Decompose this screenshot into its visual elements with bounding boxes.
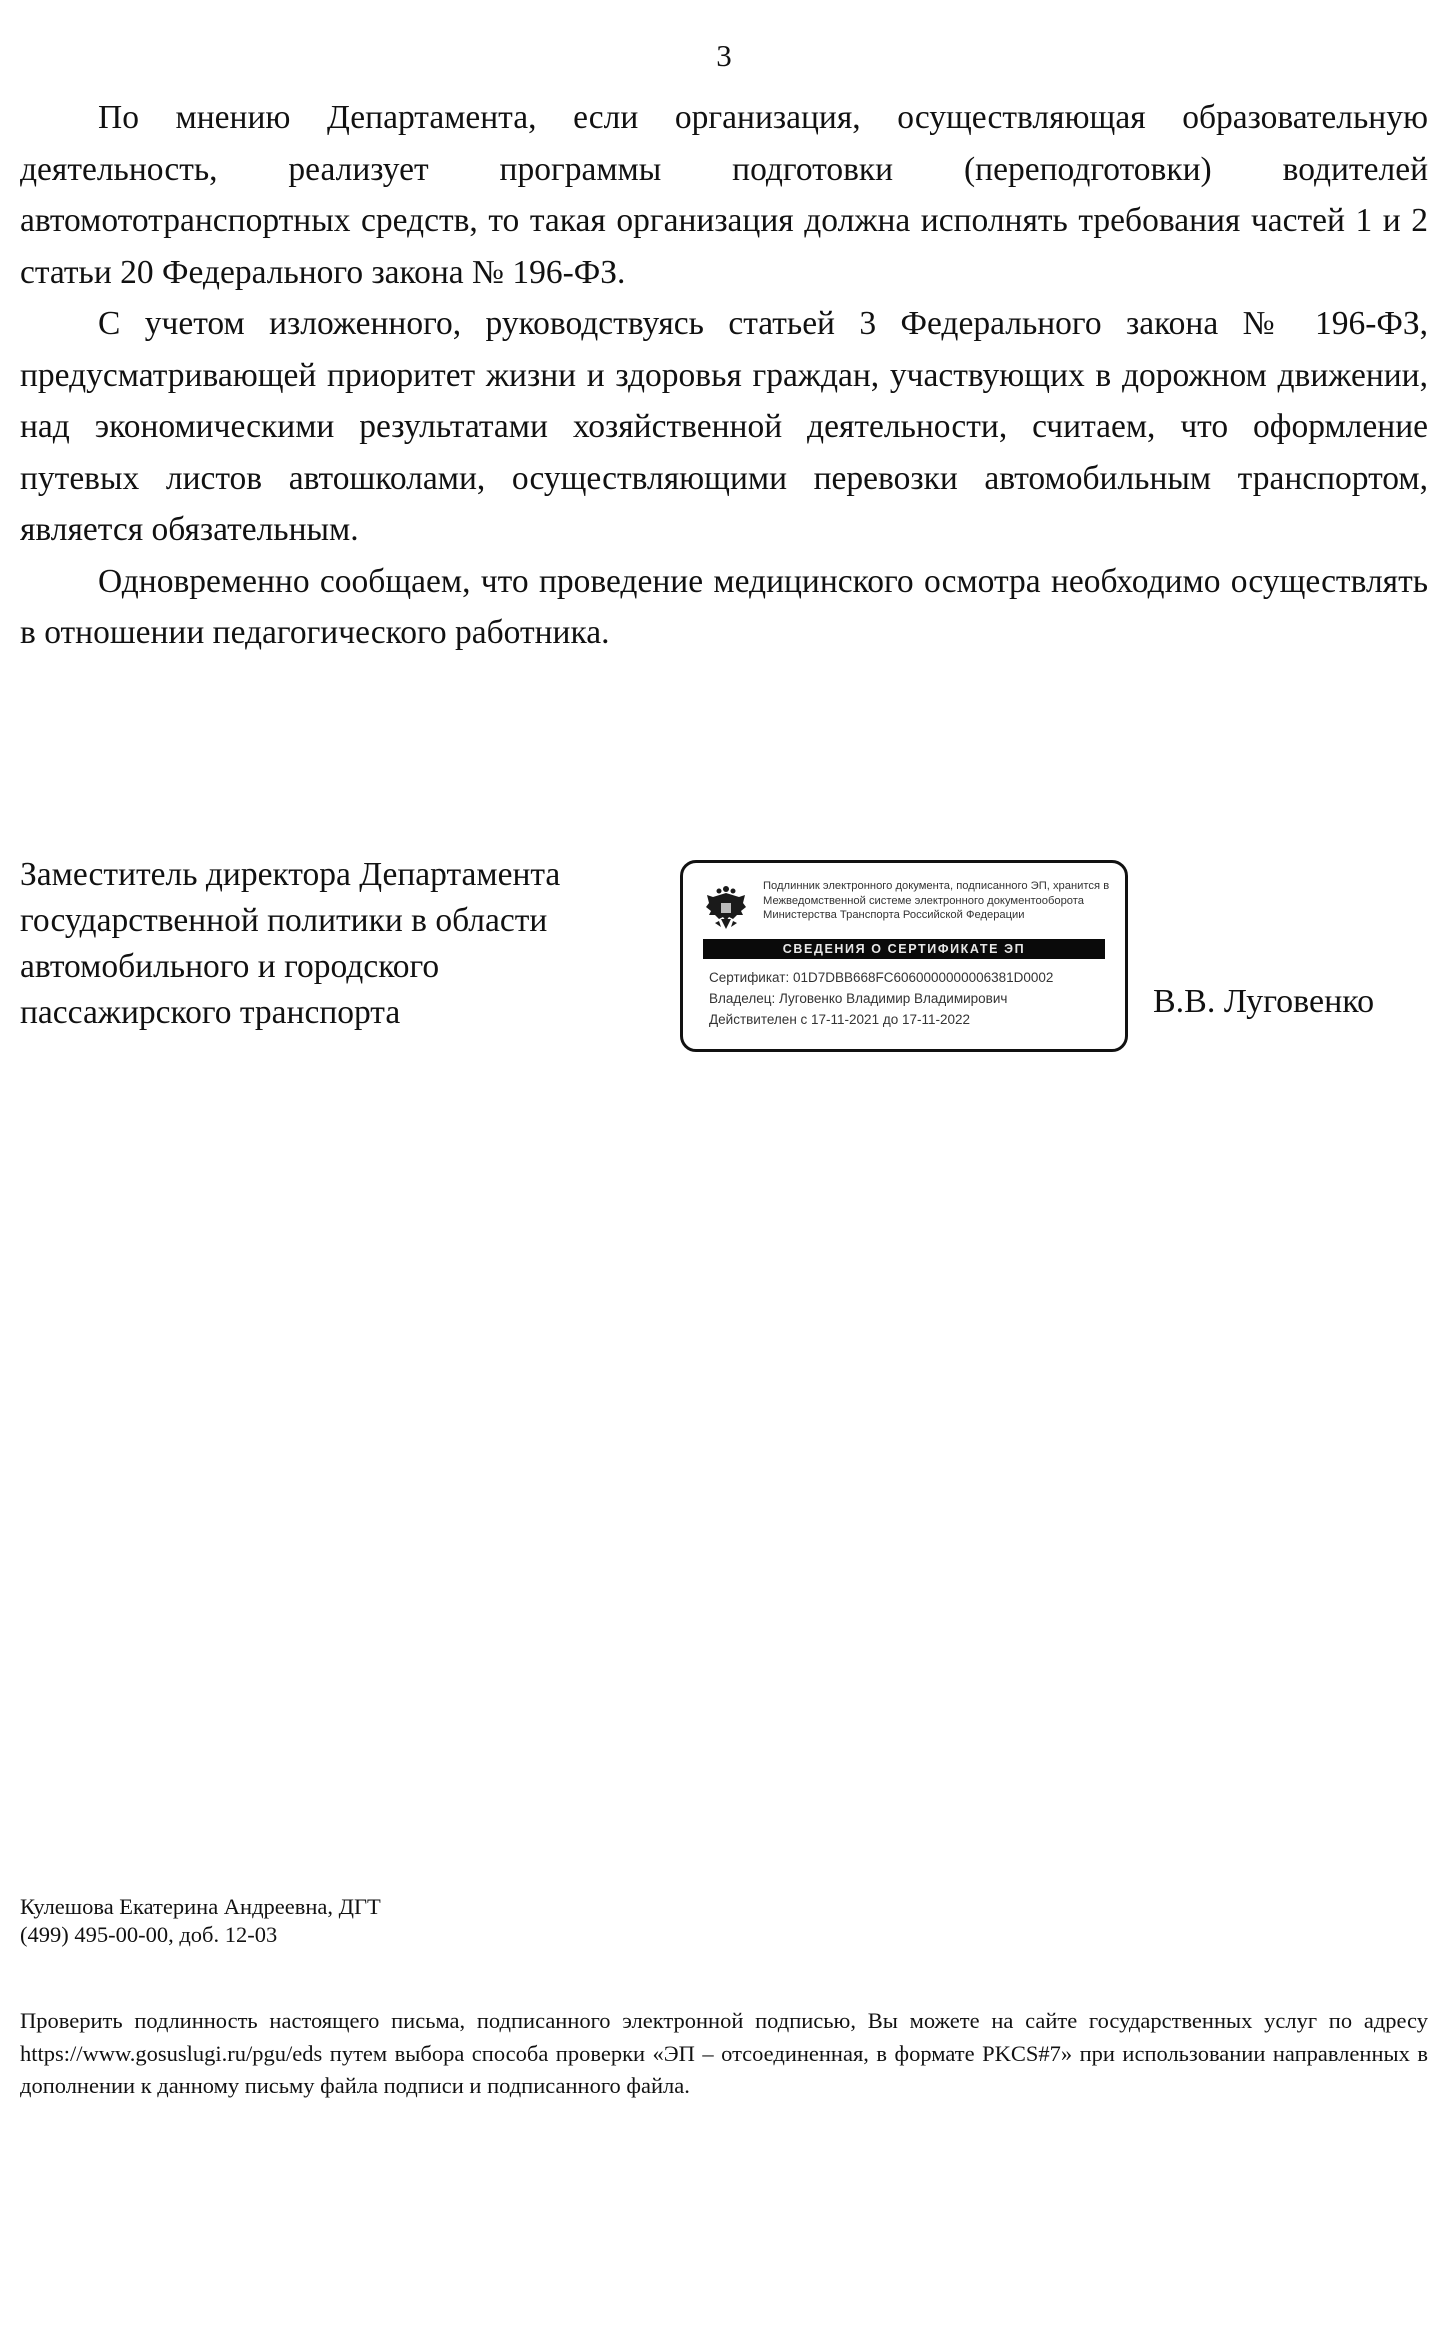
position-line: Заместитель директора Департамента: [20, 852, 660, 898]
executor-name: Кулешова Екатерина Андреевна, ДГТ: [20, 1893, 381, 1921]
page-number: 3: [0, 38, 1448, 74]
signer-position: Заместитель директора Департамента госуд…: [20, 852, 660, 1036]
position-line: государственной политики в области: [20, 898, 660, 944]
certificate-details: Сертификат: 01D7DBB668FC6060000000006381…: [709, 967, 1053, 1030]
certificate-validity: Действителен с 17-11-2021 до 17-11-2022: [709, 1009, 1053, 1030]
russian-coat-of-arms-icon: [705, 883, 747, 931]
certificate-intro: Подлинник электронного документа, подпис…: [763, 879, 1113, 923]
electronic-signature-stamp: Подлинник электронного документа, подпис…: [680, 860, 1128, 1052]
paragraph: С учетом изложенного, руководствуясь ста…: [20, 298, 1428, 556]
executor-phone: (499) 495-00-00, доб. 12-03: [20, 1921, 381, 1949]
position-line: пассажирского транспорта: [20, 990, 660, 1036]
paragraph: Одновременно сообщаем, что проведение ме…: [20, 556, 1428, 659]
executor-info: Кулешова Екатерина Андреевна, ДГТ (499) …: [20, 1893, 381, 1949]
letter-body: По мнению Департамента, если организация…: [20, 92, 1428, 659]
certificate-owner: Владелец: Луговенко Владимир Владимирови…: [709, 988, 1053, 1009]
signer-name: В.В. Луговенко: [1153, 983, 1374, 1021]
certificate-header: СВЕДЕНИЯ О СЕРТИФИКАТЕ ЭП: [703, 939, 1105, 959]
certificate-number: Сертификат: 01D7DBB668FC6060000000006381…: [709, 967, 1053, 988]
position-line: автомобильного и городского: [20, 944, 660, 990]
verification-note: Проверить подлинность настоящего письма,…: [20, 2005, 1428, 2103]
paragraph: По мнению Департамента, если организация…: [20, 92, 1428, 298]
